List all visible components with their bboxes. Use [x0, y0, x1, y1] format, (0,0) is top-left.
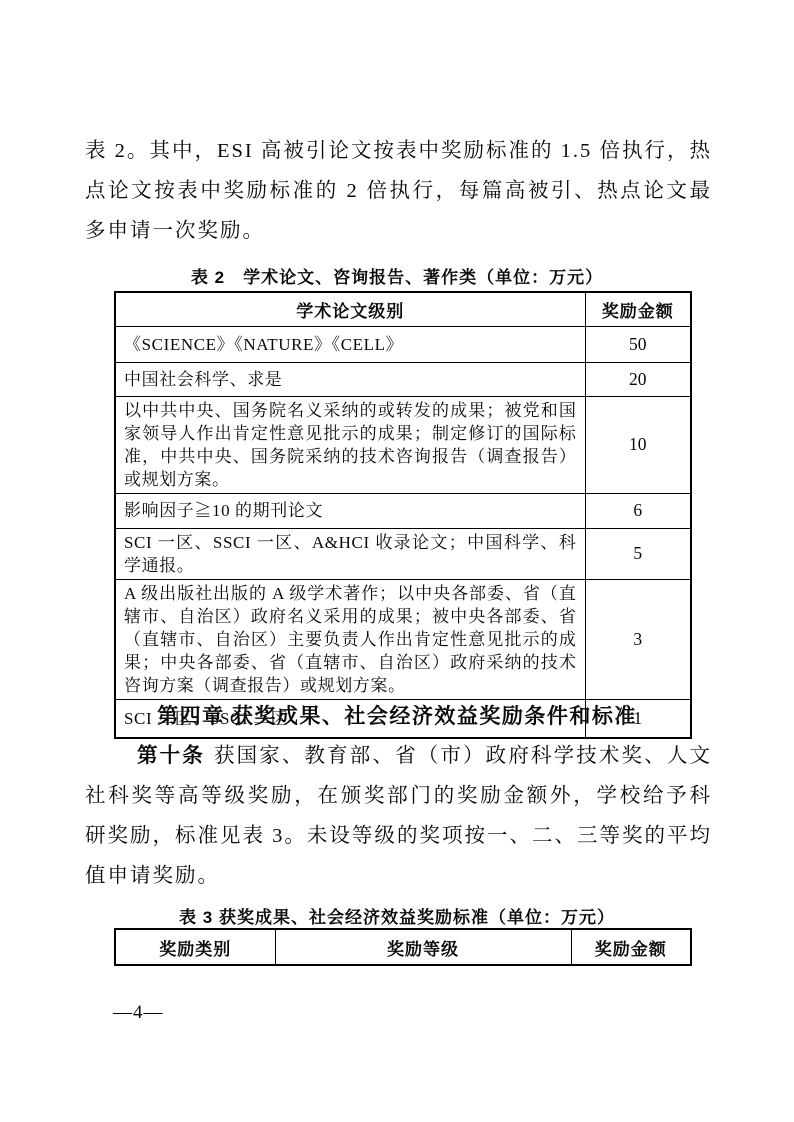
document-page: 表 2。其中，ESI 高被引论文按表中奖励标准的 1.5 倍执行，热点论文按表中… — [0, 0, 794, 1122]
article10-paragraph: 第十条获国家、教育部、省（市）政府科学技术奖、人文社科奖等高等级奖励，在颁奖部门… — [85, 736, 712, 896]
table3-caption: 表 3 获奖成果、社会经济效益奖励标准（单位：万元） — [0, 903, 794, 928]
page-number: —4— — [113, 1002, 164, 1024]
chapter-heading: 第四章 获奖成果、社会经济效益奖励条件和标准 — [0, 700, 794, 730]
award-amount-cell: 50 — [585, 326, 691, 362]
table3: 奖励类别 奖励等级 奖励金额 — [114, 928, 692, 966]
table2-caption: 表 2 学术论文、咨询报告、著作类（单位：万元） — [0, 263, 794, 288]
paper-level-cell: 《SCIENCE》《NATURE》《CELL》 — [115, 326, 585, 362]
intro-paragraph: 表 2。其中，ESI 高被引论文按表中奖励标准的 1.5 倍执行，热点论文按表中… — [85, 131, 712, 251]
article10-label: 第十条 — [137, 744, 205, 767]
paper-level-cell: 以中共中央、国务院名义采纳的或转发的成果；被党和国家领导人作出肯定性意见批示的成… — [115, 396, 585, 493]
table3-header-category: 奖励类别 — [115, 929, 275, 965]
table2-header-level: 学术论文级别 — [115, 292, 585, 326]
award-amount-cell: 5 — [585, 528, 691, 579]
table3-header-amount: 奖励金额 — [571, 929, 691, 965]
award-amount-cell: 10 — [585, 396, 691, 493]
award-amount-cell: 20 — [585, 362, 691, 396]
table2-header-row: 学术论文级别 奖励金额 — [115, 292, 691, 326]
table3-header-grade: 奖励等级 — [275, 929, 571, 965]
table-row: 以中共中央、国务院名义采纳的或转发的成果；被党和国家领导人作出肯定性意见批示的成… — [115, 396, 691, 493]
paper-level-cell: SCI 一区、SSCI 一区、A&HCI 收录论文；中国科学、科学通报。 — [115, 528, 585, 579]
table2: 学术论文级别 奖励金额 《SCIENCE》《NATURE》《CELL》 50 中… — [114, 291, 692, 739]
table-row: A 级出版社出版的 A 级学术著作；以中央各部委、省（直辖市、自治区）政府名义采… — [115, 579, 691, 699]
table-row: 《SCIENCE》《NATURE》《CELL》 50 — [115, 326, 691, 362]
paper-level-cell: 影响因子≧10 的期刊论文 — [115, 493, 585, 528]
award-amount-cell: 6 — [585, 493, 691, 528]
paper-level-cell: A 级出版社出版的 A 级学术著作；以中央各部委、省（直辖市、自治区）政府名义采… — [115, 579, 585, 699]
table-row: 中国社会科学、求是 20 — [115, 362, 691, 396]
table2-header-amount: 奖励金额 — [585, 292, 691, 326]
award-amount-cell: 3 — [585, 579, 691, 699]
table-row: 影响因子≧10 的期刊论文 6 — [115, 493, 691, 528]
table3-header-row: 奖励类别 奖励等级 奖励金额 — [115, 929, 691, 965]
table-row: SCI 一区、SSCI 一区、A&HCI 收录论文；中国科学、科学通报。 5 — [115, 528, 691, 579]
paper-level-cell: 中国社会科学、求是 — [115, 362, 585, 396]
